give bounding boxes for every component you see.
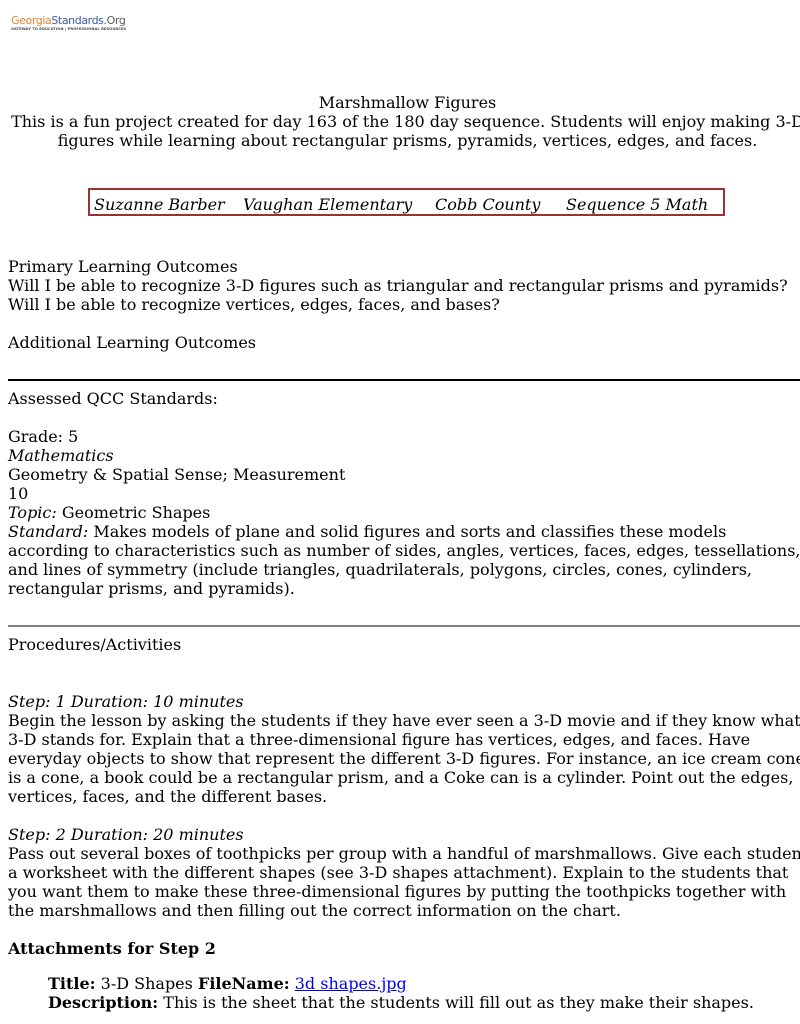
school-name: Vaughan Elementary [243, 195, 412, 214]
standard-label: Standard: [8, 522, 88, 541]
lesson-meta-box: Suzanne Barber Vaughan Elementary Cobb C… [88, 188, 725, 216]
logo-org: .Org [104, 14, 126, 27]
step-text: Pass out several boxes of toothpicks per… [8, 844, 800, 863]
step-text: 3-D stands for. Explain that a three-dim… [8, 730, 800, 749]
step-label: Step: 2 Duration: 20 minutes [8, 825, 800, 844]
step-label: Step: 1 Duration: 10 minutes [8, 692, 800, 711]
logo-georgia: Georgia [11, 14, 51, 27]
lesson-summary-line-2: figures while learning about rectangular… [0, 131, 800, 150]
standards-section: Assessed QCC Standards: Grade: 5 Mathema… [8, 389, 800, 598]
step-text: Begin the lesson by asking the students … [8, 711, 800, 730]
attachment-filename-label: FileName: [198, 974, 290, 993]
attachments-heading: Attachments for Step 2 [8, 939, 216, 958]
step-text: everyday objects to show that represent … [8, 749, 800, 768]
section-divider [8, 625, 800, 627]
attachment-description-label: Description: [48, 993, 158, 1012]
logo-standards: Standards [51, 14, 103, 27]
primary-outcomes-section: Primary Learning Outcomes Will I be able… [8, 257, 788, 352]
attachment-title-row: Title: 3-D Shapes FileName: 3d shapes.jp… [8, 974, 800, 993]
subject: Mathematics [8, 446, 800, 465]
step-text: a worksheet with the different shapes (s… [8, 863, 800, 882]
attachment-title: 3-D Shapes [96, 974, 198, 993]
lesson-title: Marshmallow Figures [0, 93, 800, 112]
step-text: vertices, faces, and the different bases… [8, 787, 800, 806]
standard-number: 10 [8, 484, 800, 503]
procedures-section: Procedures/Activities Step: 1 Duration: … [8, 635, 800, 1012]
georgia-standards-logo[interactable]: GeorgiaStandards.Org GATEWAY TO EDUCATIO… [11, 15, 126, 35]
logo-tagline: GATEWAY TO EDUCATION | PROFESSIONAL RESO… [11, 27, 126, 32]
attachment-description-row: Description: This is the sheet that the … [8, 993, 800, 1012]
standards-heading: Assessed QCC Standards: [8, 389, 800, 408]
standard-text: according to characteristics such as num… [8, 541, 800, 560]
attachment-file-link[interactable]: 3d shapes.jpg [295, 974, 407, 993]
lesson-summary-line-1: This is a fun project created for day 16… [0, 112, 800, 131]
lesson-header: Marshmallow Figures This is a fun projec… [0, 93, 800, 150]
standard-text: rectangular prisms, and pyramids). [8, 579, 800, 598]
county-name: Cobb County [435, 195, 540, 214]
standard-text: and lines of symmetry (include triangles… [8, 560, 800, 579]
step-text: is a cone, a book could be a rectangular… [8, 768, 800, 787]
grade-level: Grade: 5 [8, 427, 800, 446]
author-name: Suzanne Barber [94, 195, 225, 214]
primary-outcome-item: Will I be able to recognize vertices, ed… [8, 295, 788, 314]
section-divider [8, 379, 800, 381]
attachment-description: This is the sheet that the students will… [158, 993, 754, 1012]
standard-text: Standard: Makes models of plane and soli… [8, 522, 800, 541]
additional-outcomes-heading: Additional Learning Outcomes [8, 333, 788, 352]
topic-label: Topic: [8, 503, 57, 522]
topic-value: Geometric Shapes [57, 503, 211, 522]
primary-outcomes-heading: Primary Learning Outcomes [8, 257, 788, 276]
strand: Geometry & Spatial Sense; Measurement [8, 465, 800, 484]
logo-wordmark: GeorgiaStandards.Org [11, 15, 126, 27]
procedures-heading: Procedures/Activities [8, 635, 800, 654]
step-text: you want them to make these three-dimens… [8, 882, 800, 901]
topic: Topic: Geometric Shapes [8, 503, 800, 522]
step-text: the marshmallows and then filling out th… [8, 901, 800, 920]
sequence-name: Sequence 5 Math [566, 195, 708, 214]
attachment-title-label: Title: [48, 974, 96, 993]
primary-outcome-item: Will I be able to recognize 3-D figures … [8, 276, 788, 295]
